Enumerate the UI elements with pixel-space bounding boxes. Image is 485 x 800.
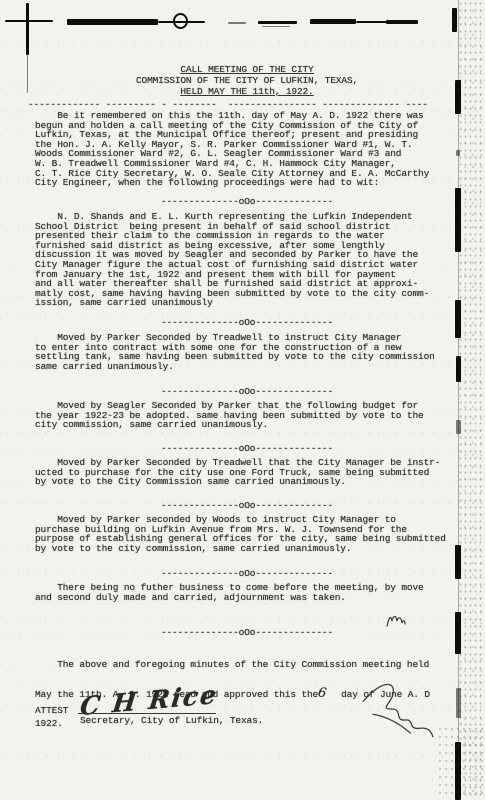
text-line: by vote to the city commission, same car…: [35, 544, 459, 554]
text-line: city commission, same carried unanimousl…: [35, 420, 459, 430]
handwritten-day-number: 6: [317, 688, 341, 701]
separator: --------------oOo--------------: [35, 318, 459, 328]
separator: --------------oOo--------------: [35, 197, 459, 207]
text-line: HELD MAY THE 11th, 1922.: [35, 86, 459, 97]
section-budget: Moved by Seagler Seconded by Parker that…: [35, 401, 459, 430]
text-line: same carried unanimously.: [35, 362, 459, 372]
scanned-minutes-page: CALL MEETING OF THE CITYCOMMISSION OF TH…: [0, 0, 485, 800]
attest-signature-line: [78, 713, 216, 714]
scan-noise-right-edge: [458, 0, 485, 800]
text-line: The above and foregoing minutes of the C…: [35, 660, 459, 670]
opening-paragraph: Be it remembered on this the 11th. day o…: [35, 111, 459, 188]
section-ford-truck: Moved by Parker Seconded by Treadwell th…: [35, 458, 459, 487]
separator: --------------oOo--------------: [35, 569, 459, 579]
text-line: and second duly made and carried, adjour…: [35, 593, 459, 603]
separator: --------------oOo--------------: [35, 444, 459, 454]
text-line: ission, same carried unanimously: [35, 298, 459, 308]
separator: --------------oOo--------------: [35, 501, 459, 511]
text-line: COMMISSION OF THE CITY OF LUFKIN, TEXAS,: [35, 75, 459, 86]
section-adjournment: There being no futher business to come b…: [35, 583, 459, 602]
top-rule: ------------- --------- - -------- -----…: [28, 100, 468, 110]
section-school-district-water: N. D. Shands and E. L. Kurth representin…: [35, 212, 459, 308]
meeting-title: CALL MEETING OF THE CITYCOMMISSION OF TH…: [35, 64, 459, 97]
text-line: by vote to the City Commission same carr…: [35, 477, 459, 487]
text-line: CALL MEETING OF THE CITY: [35, 64, 459, 75]
text-line: City Engineer, when the following procee…: [35, 178, 459, 188]
separator: --------------oOo--------------: [35, 628, 459, 638]
section-settling-tank: Moved by Parker Seconded by Treadwell to…: [35, 333, 459, 371]
section-townsend-building: Moved by Parker seconded by Woods to ins…: [35, 515, 459, 553]
separator: --------------oOo--------------: [35, 387, 459, 397]
